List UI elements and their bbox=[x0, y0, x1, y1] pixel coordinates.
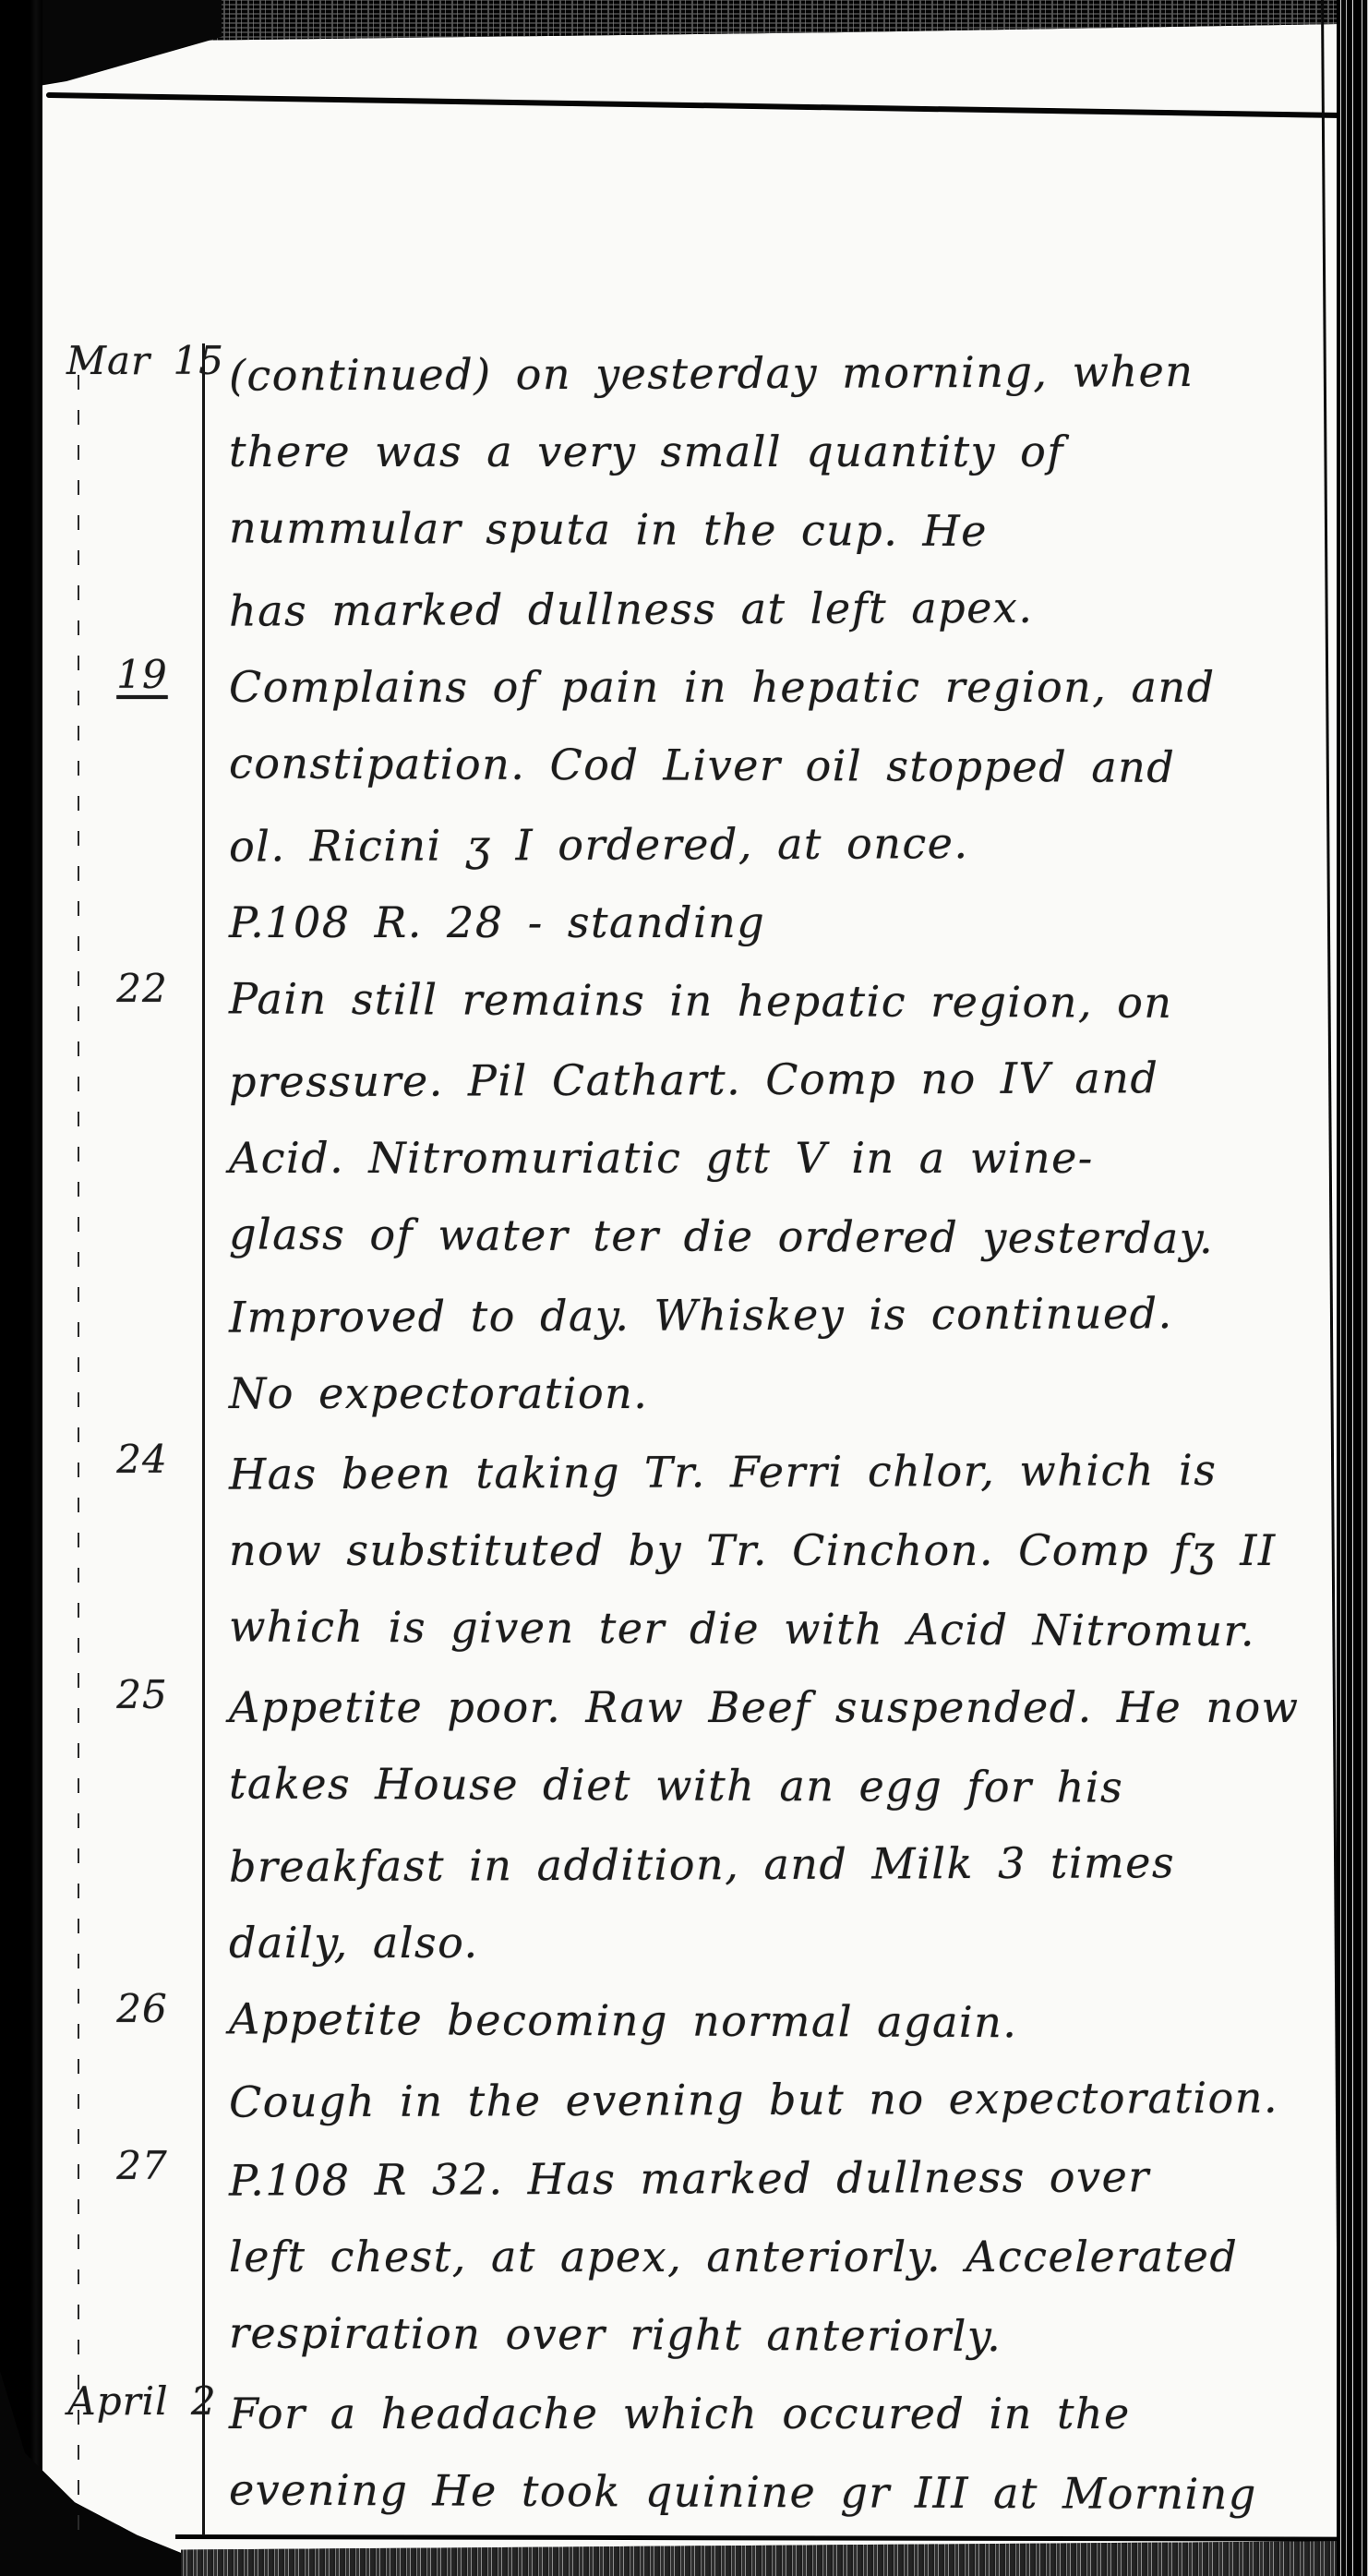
case-entry: 25 Appetite poor. Raw Beef suspended. He… bbox=[229, 1668, 1318, 1982]
entry-date: 19 bbox=[66, 652, 218, 697]
entry-date: 27 bbox=[66, 2143, 218, 2188]
entry-line: No expectoration. bbox=[229, 1354, 1318, 1433]
entry-line: glass of water ter die ordered yesterday… bbox=[229, 1195, 1318, 1278]
entry-lines: Pain still remains in hepatic region, on… bbox=[229, 962, 1318, 1433]
page-top-edge-line bbox=[46, 92, 1366, 118]
entry-line: left chest, at apex, anteriorly. Acceler… bbox=[229, 2218, 1318, 2296]
case-entry: 26 Appetite becoming normal again.Cough … bbox=[229, 1982, 1318, 2139]
entry-line: Acid. Nitromuriatic gtt V in a wine- bbox=[229, 1119, 1318, 1198]
entry-line: there was a very small quantity of bbox=[229, 413, 1318, 491]
book-page-edges-band bbox=[1337, 0, 1368, 2576]
entry-line: now substituted by Tr. Cinchon. Comp fʒ … bbox=[229, 1511, 1318, 1590]
entry-date: Mar 15 bbox=[66, 338, 218, 383]
case-entry: 19 Complains of pain in hepatic region, … bbox=[229, 648, 1318, 962]
entry-line: P.108 R. 28 - standing bbox=[229, 884, 1318, 962]
entry-date: 24 bbox=[66, 1437, 218, 1482]
entry-line: Appetite becoming normal again. bbox=[229, 1980, 1318, 2063]
case-entry: Mar 15 (continued) on yesterday morning,… bbox=[229, 334, 1318, 648]
entry-lines: (continued) on yesterday morning, whenth… bbox=[229, 334, 1318, 648]
entry-line: breakfast in addition, and Milk 3 times bbox=[229, 1823, 1318, 1906]
entry-date: April 2 bbox=[66, 2378, 218, 2424]
entry-line: Appetite poor. Raw Beef suspended. He no… bbox=[229, 1668, 1318, 1747]
entry-line: takes House diet with an egg for his bbox=[229, 1744, 1318, 1827]
entry-line: For a headache which occured in the bbox=[229, 2375, 1318, 2453]
entry-line: constipation. Cod Liver oil stopped and bbox=[229, 724, 1318, 807]
page-scan: Mar 15 (continued) on yesterday morning,… bbox=[0, 0, 1368, 2576]
top-edge-torn-band bbox=[175, 0, 1368, 41]
entry-line: nummular sputa in the cup. He bbox=[229, 488, 1318, 572]
bottom-edge-torn-band bbox=[181, 2541, 1368, 2576]
entry-line: daily, also. bbox=[229, 1904, 1318, 1982]
entry-line: Cough in the evening but no expectoratio… bbox=[229, 2058, 1318, 2141]
entry-lines: For a headache which occured in theeveni… bbox=[229, 2375, 1318, 2532]
page-bottom-edge-line bbox=[175, 2534, 1368, 2542]
entry-line: Complains of pain in hepatic region, and bbox=[229, 648, 1318, 727]
entry-date: 22 bbox=[66, 966, 218, 1011]
left-binding-strip bbox=[0, 0, 42, 2576]
case-entry: April 2 For a headache which occured in … bbox=[229, 2375, 1318, 2532]
entry-date: 26 bbox=[66, 1986, 218, 2031]
entry-lines: Has been taking Tr. Ferri chlor, which i… bbox=[229, 1433, 1318, 1668]
entry-line: ol. Ricini ʒ I ordered, at once. bbox=[229, 802, 1318, 885]
entry-date: 25 bbox=[66, 1672, 218, 1717]
entry-line: (continued) on yesterday morning, when bbox=[229, 331, 1318, 415]
case-entry: 24 Has been taking Tr. Ferri chlor, whic… bbox=[229, 1433, 1318, 1668]
entry-line: Improved to day. Whiskey is continued. bbox=[229, 1273, 1318, 1356]
entry-line: pressure. Pil Cathart. Comp no IV and bbox=[229, 1038, 1318, 1121]
entries-container: Mar 15 (continued) on yesterday morning,… bbox=[229, 334, 1318, 2532]
entry-line: respiration over right anteriorly. bbox=[229, 2293, 1318, 2377]
entry-line: Pain still remains in hepatic region, on bbox=[229, 959, 1318, 1042]
entry-lines: Complains of pain in hepatic region, and… bbox=[229, 648, 1318, 962]
entry-line: P.108 R 32. Has marked dullness over bbox=[229, 2137, 1318, 2220]
entry-lines: P.108 R 32. Has marked dullness overleft… bbox=[229, 2139, 1318, 2375]
entry-lines: Appetite becoming normal again.Cough in … bbox=[229, 1982, 1318, 2139]
entry-line: which is given ter die with Acid Nitromu… bbox=[229, 1587, 1318, 1670]
entry-lines: Appetite poor. Raw Beef suspended. He no… bbox=[229, 1668, 1318, 1982]
entry-line: evening He took quinine gr III at Mornin… bbox=[229, 2450, 1318, 2534]
case-entry: 22 Pain still remains in hepatic region,… bbox=[229, 962, 1318, 1433]
case-entry: 27 P.108 R 32. Has marked dullness overl… bbox=[229, 2139, 1318, 2375]
entry-line: has marked dullness at left apex. bbox=[229, 567, 1318, 650]
entry-line: Has been taking Tr. Ferri chlor, which i… bbox=[229, 1430, 1318, 1513]
